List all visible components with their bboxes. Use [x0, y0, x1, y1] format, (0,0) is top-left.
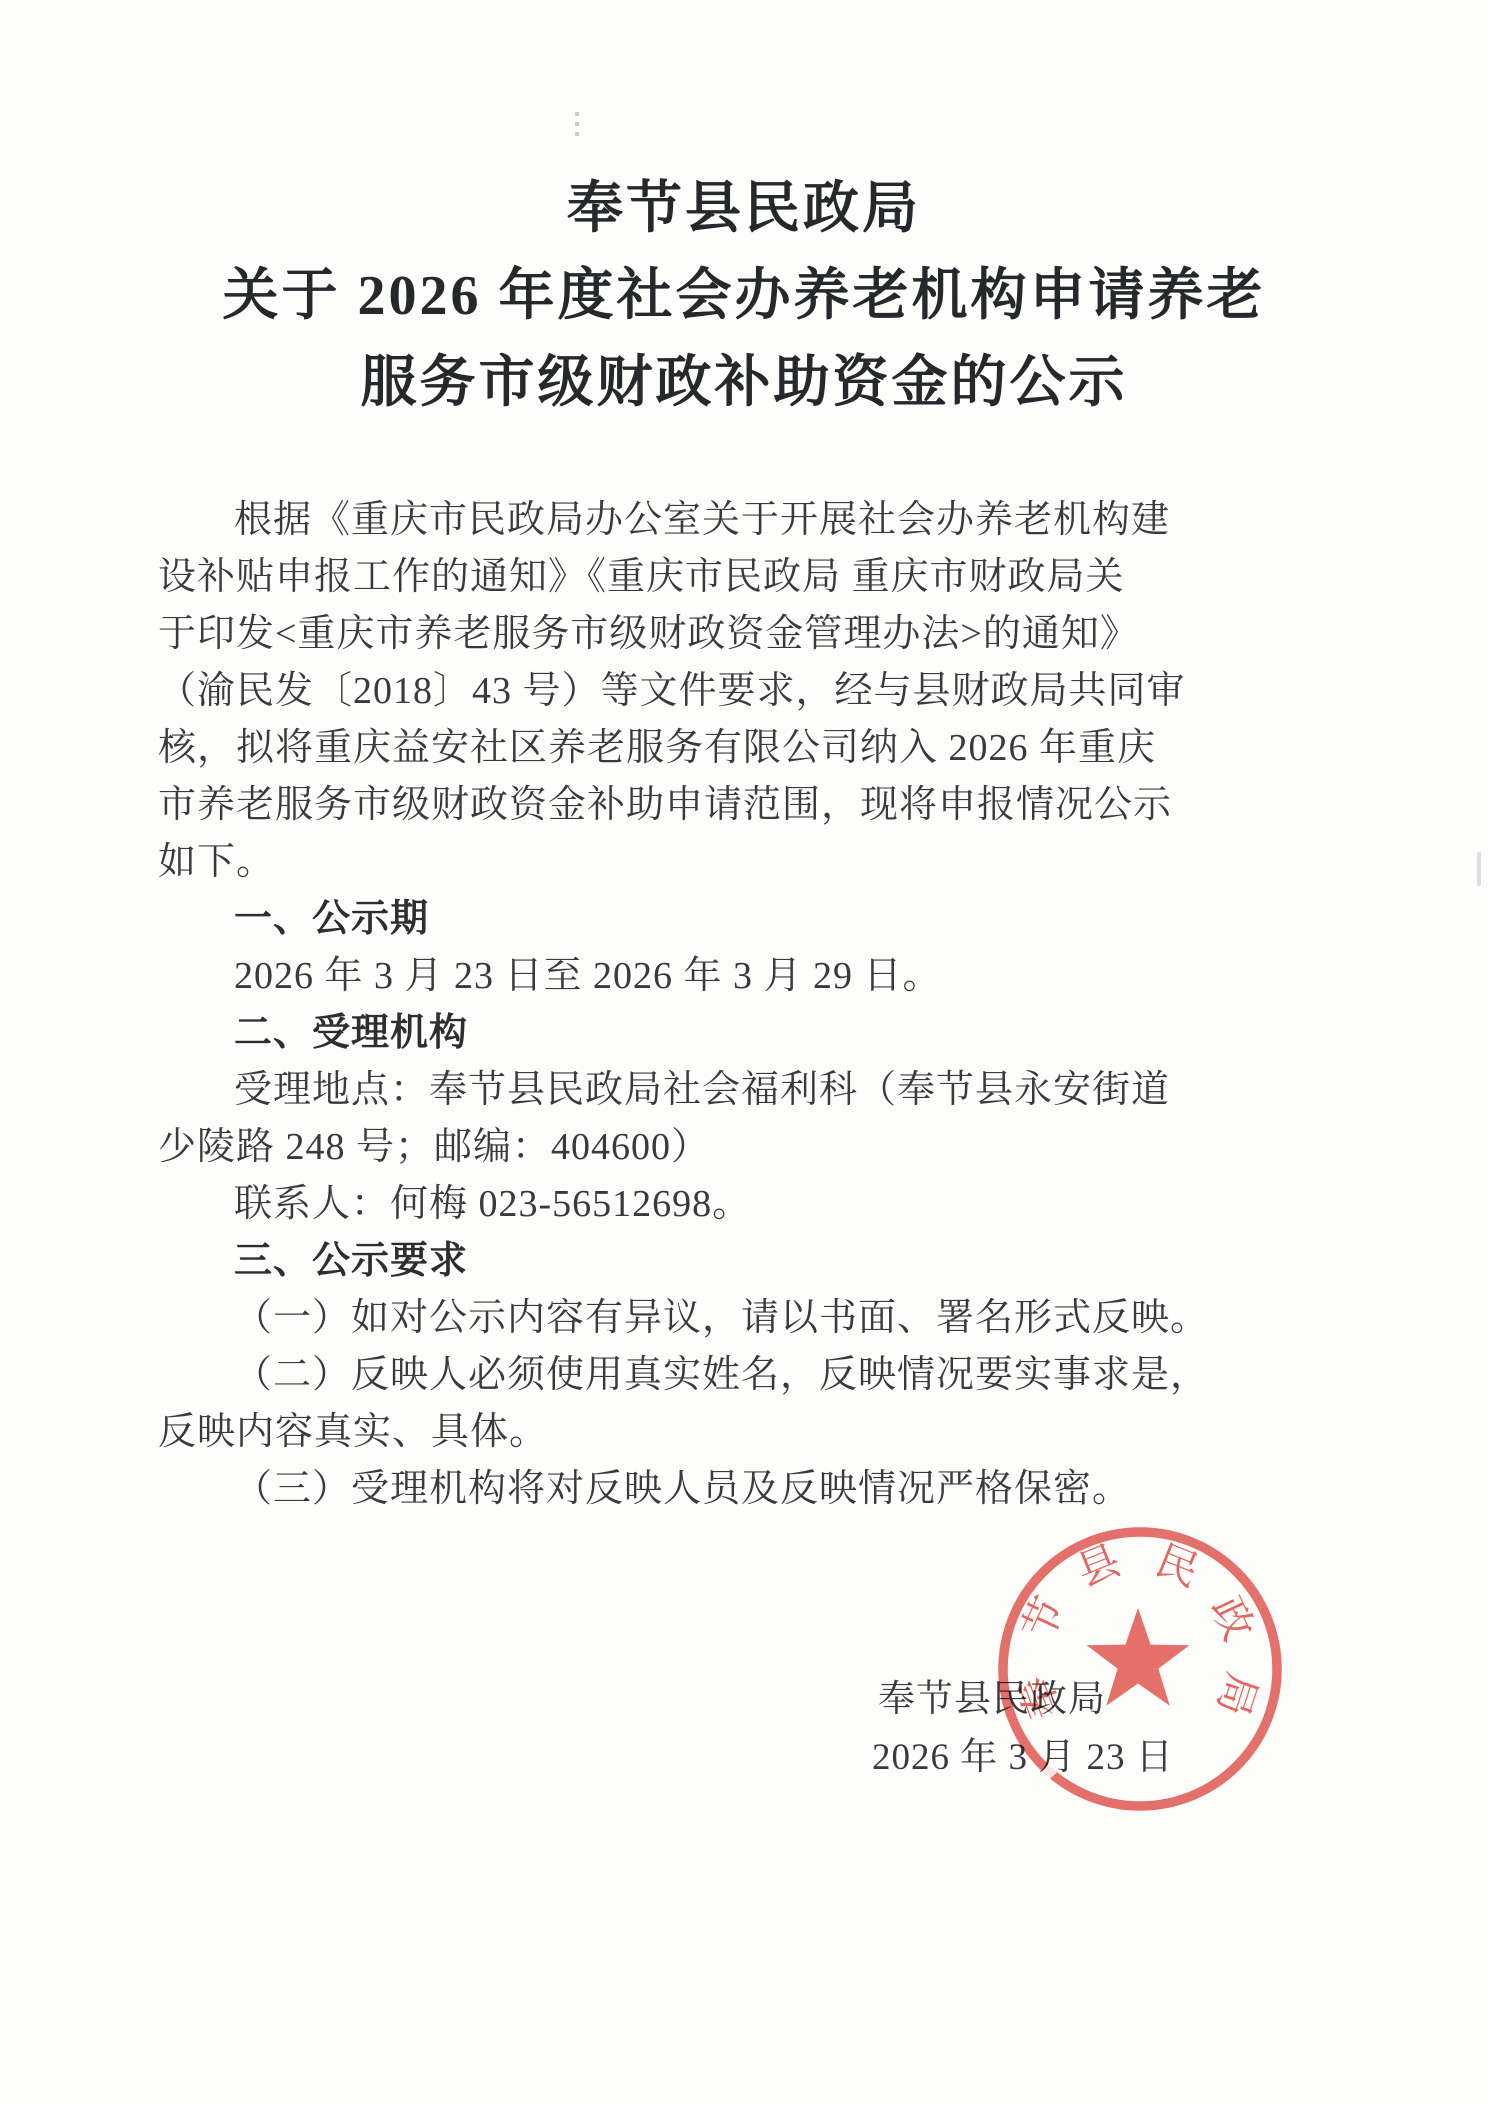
title-line-subject-2: 服务市级财政补助资金的公示: [74, 340, 1414, 427]
section-heading: 二、受理机构: [158, 1005, 1338, 1062]
body-text-line: 核，拟将重庆益安社区养老服务有限公司纳入 2026 年重庆: [158, 720, 1338, 777]
document-title: 奉节县民政局 关于 2026 年度社会办养老机构申请养老 服务市级财政补助资金的…: [74, 166, 1414, 427]
section-heading: 一、公示期: [158, 891, 1338, 948]
body-text-line: 市养老服务市级财政资金补助申请范围，现将申报情况公示: [158, 777, 1338, 834]
star-icon: [1087, 1608, 1190, 1706]
stamp-character: 政: [1201, 1590, 1260, 1648]
body-text-line: （一）如对公示内容有异议，请以书面、署名形式反映。: [158, 1290, 1338, 1347]
body-text-line: 反映内容真实、具体。: [158, 1404, 1338, 1461]
body-text-line: 联系人：何梅 023-56512698。: [158, 1176, 1338, 1233]
body-text-line: （三）受理机构将对反映人员及反映情况严格保密。: [158, 1461, 1338, 1518]
scan-artifact: [575, 112, 579, 138]
body-text-line: 设补贴申报工作的通知》《重庆市民政局 重庆市财政局关: [158, 549, 1338, 606]
body-text-line: 根据《重庆市民政局办公室关于开展社会办养老机构建: [158, 492, 1338, 549]
body-text-line: 于印发<重庆市养老服务市级财政资金管理办法>的通知》: [158, 606, 1338, 663]
scan-artifact: [1477, 852, 1481, 886]
document-body: 根据《重庆市民政局办公室关于开展社会办养老机构建设补贴申报工作的通知》《重庆市民…: [158, 492, 1338, 1518]
title-line-org: 奉节县民政局: [74, 166, 1414, 253]
title-line-subject-1: 关于 2026 年度社会办养老机构申请养老: [74, 253, 1414, 340]
section-heading: 三、公示要求: [158, 1233, 1338, 1290]
scanned-document-page: 奉节县民政局 关于 2026 年度社会办养老机构申请养老 服务市级财政补助资金的…: [0, 0, 1488, 2104]
official-seal-stamp: 奉节县民政局: [990, 1519, 1290, 1819]
body-text-line: （二）反映人必须使用真实姓名，反映情况要实事求是，: [158, 1347, 1338, 1404]
stamp-character: 局: [1208, 1667, 1265, 1721]
stamp-character: 奉: [1012, 1669, 1070, 1724]
body-text-line: （渝民发〔2018〕43 号）等文件要求，经与县财政局共同审: [158, 663, 1338, 720]
body-text-line: 少陵路 248 号；邮编：404600）: [158, 1119, 1338, 1176]
body-text-line: 如下。: [158, 834, 1338, 891]
body-text-line: 2026 年 3 月 23 日至 2026 年 3 月 29 日。: [158, 948, 1338, 1005]
body-text-line: 受理地点：奉节县民政局社会福利科（奉节县永安街道: [158, 1062, 1338, 1119]
